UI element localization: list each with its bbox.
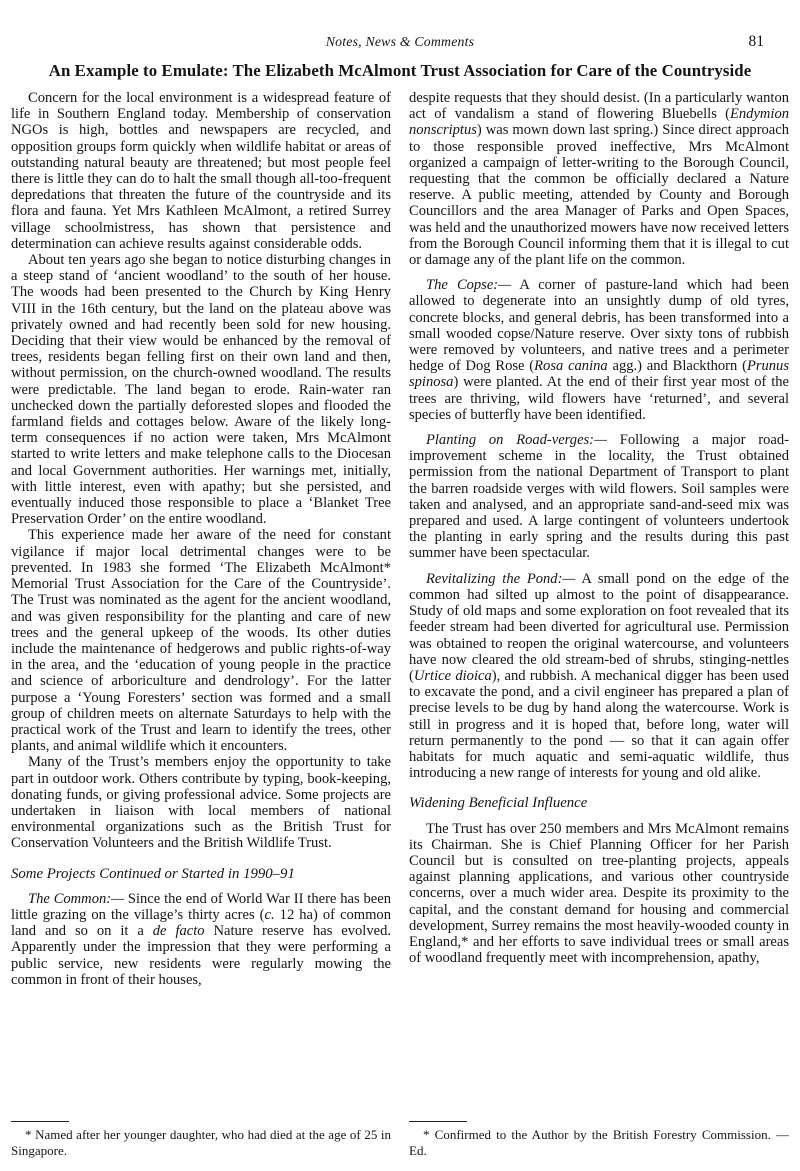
paragraph: The Copse:— A corner of pasture-land whi… [409,277,789,423]
paragraph: This experience made her aware of the ne… [11,527,391,754]
paragraph: The Trust has over 250 members and Mrs M… [409,821,789,967]
footnote: * Confirmed to the Author by the British… [409,1115,789,1158]
footnote-text: * Named after her younger daughter, who … [11,1127,391,1158]
paragraph: despite requests that they should desist… [409,90,789,268]
footnote-rule [409,1121,467,1122]
article-columns: Concern for the local environment is a w… [11,90,789,1158]
footnote-text: * Confirmed to the Author by the British… [409,1127,789,1158]
article-title: An Example to Emulate: The Elizabeth McA… [8,61,792,81]
paragraph: Revitalizing the Pond:— A small pond on … [409,571,789,782]
footnote-rule [11,1121,69,1122]
running-title: Notes, News & Comments [0,0,800,50]
paragraph: Planting on Road-verges:— Following a ma… [409,432,789,562]
right-column: despite requests that they should desist… [409,90,789,1158]
paragraph: About ten years ago she began to notice … [11,252,391,527]
paragraph: The Common:— Since the end of World War … [11,891,391,988]
paragraph: Many of the Trust’s members enjoy the op… [11,754,391,851]
footnote: * Named after her younger daughter, who … [11,1115,391,1158]
journal-page: Notes, News & Comments 81 An Example to … [0,0,800,81]
page-number: 81 [749,33,765,51]
section-heading-projects: Some Projects Continued or Started in 19… [11,866,391,882]
left-column: Concern for the local environment is a w… [11,90,391,1158]
section-heading-influence: Widening Beneficial Influence [409,795,789,811]
paragraph: Concern for the local environment is a w… [11,90,391,252]
